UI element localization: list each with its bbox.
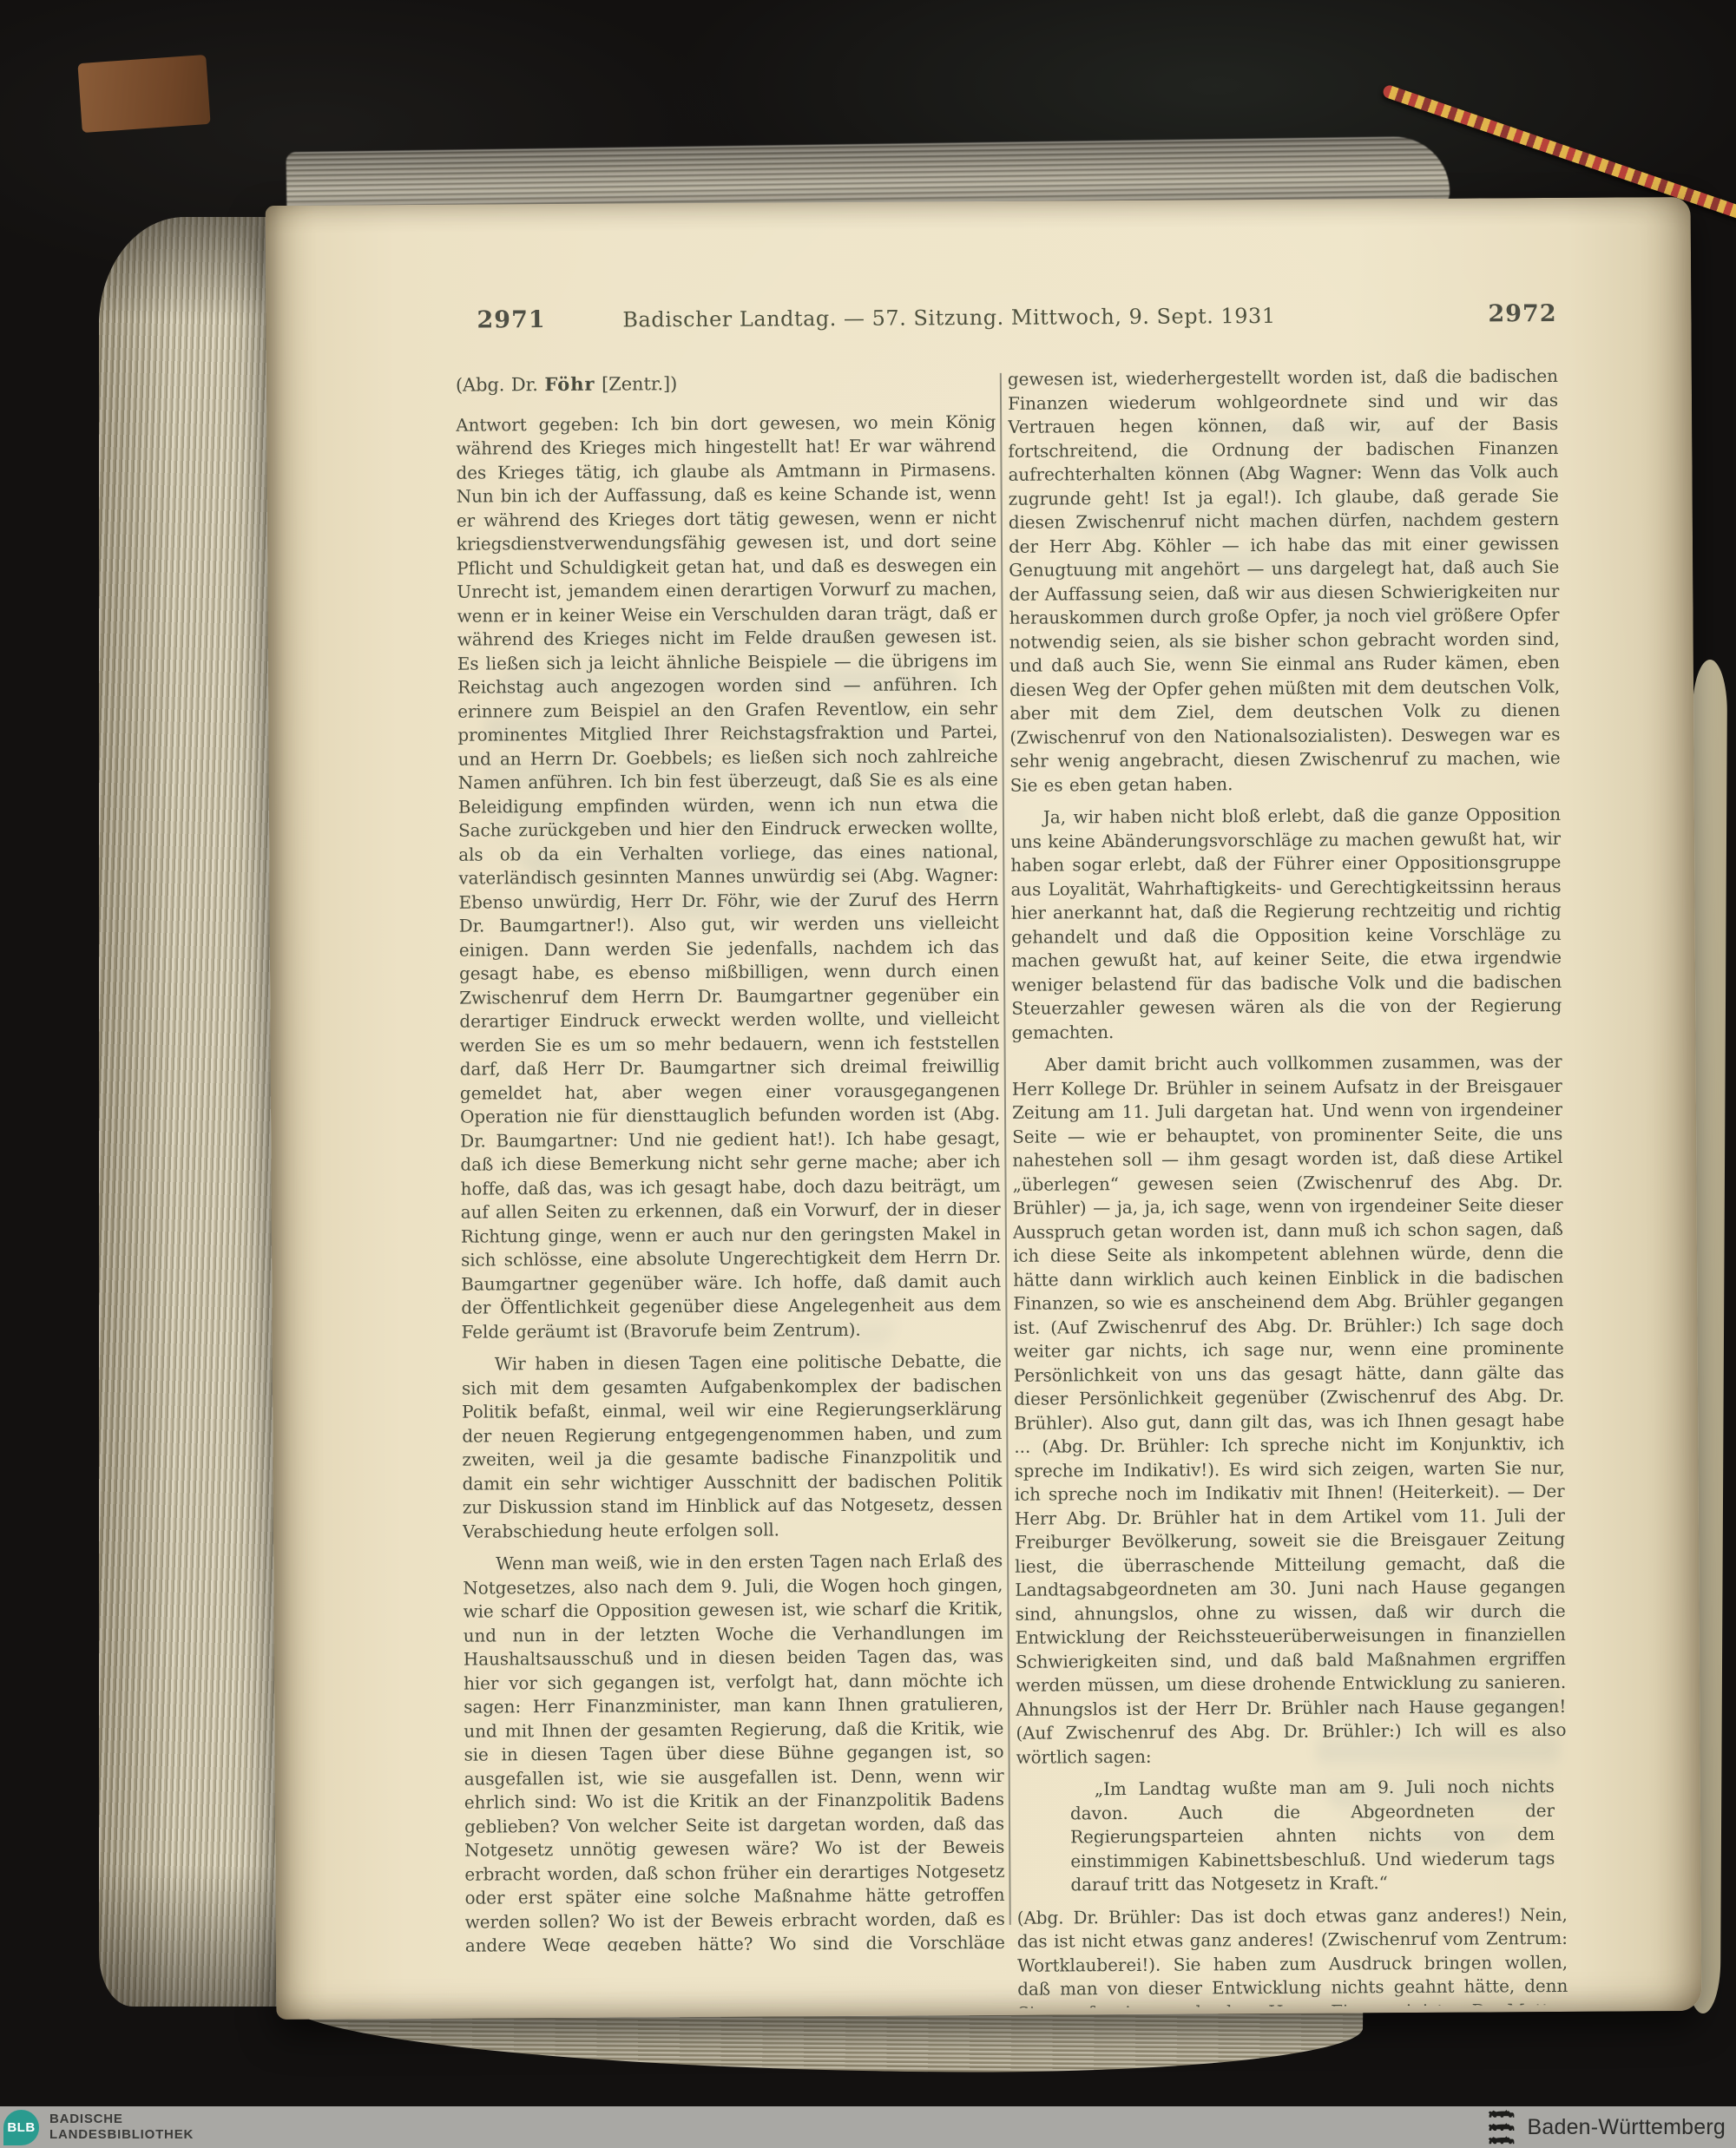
viewer-footer-bar: BLB BADISCHE LANDESBIBLIOTHEK Baden-Würt… bbox=[0, 2106, 1736, 2148]
blb-logo-text: BLB bbox=[7, 2120, 35, 2135]
speaker-name: Föhr bbox=[544, 373, 595, 395]
library-brand: BLB BADISCHE LANDESBIBLIOTHEK bbox=[3, 2110, 194, 2145]
speaker-suffix: [Zentr.]) bbox=[595, 373, 677, 395]
bw-coat-of-arms-icon bbox=[1488, 2108, 1516, 2146]
book-board-edge bbox=[77, 55, 210, 133]
paragraph: Aber damit bricht auch vollkommen zusamm… bbox=[1012, 1050, 1567, 1770]
page-edges-left bbox=[99, 217, 285, 2007]
paragraph: Wenn man weiß, wie in den ersten Tagen n… bbox=[463, 1549, 1005, 1953]
page-number-right: 2972 bbox=[1488, 300, 1556, 327]
speaker-note: (Abg. Dr. Föhr [Zentr.]) bbox=[456, 370, 996, 397]
right-text-column: gewesen ist, wiederhergestellt worden is… bbox=[1008, 365, 1568, 2008]
paragraph: Ja, wir haben nicht bloß erlebt, daß die… bbox=[1010, 803, 1562, 1045]
library-name-line1: BADISCHE bbox=[49, 2112, 194, 2127]
block-quote: „Im Landtag wußte man am 9. Juli noch ni… bbox=[1016, 1775, 1568, 1897]
library-name: BADISCHE LANDESBIBLIOTHEK bbox=[49, 2112, 194, 2143]
state-label: Baden-Württemberg bbox=[1528, 2115, 1726, 2140]
left-text-column: (Abg. Dr. Föhr [Zentr.]) Antwort gegeben… bbox=[456, 370, 1005, 1953]
library-name-line2: LANDESBIBLIOTHEK bbox=[49, 2127, 194, 2143]
paragraph: gewesen ist, wiederhergestellt worden is… bbox=[1008, 365, 1561, 798]
speaker-prefix: (Abg. Dr. bbox=[456, 374, 545, 396]
book-page: 2971 Badischer Landtag. — 57. Sitzung. M… bbox=[266, 197, 1702, 2020]
state-brand: Baden-Württemberg bbox=[1488, 2108, 1726, 2146]
running-title: Badischer Landtag. — 57. Sitzung. Mittwo… bbox=[236, 301, 1661, 334]
paragraph: Antwort gegeben: Ich bin dort gewesen, w… bbox=[456, 410, 1002, 1343]
blb-logo-icon: BLB bbox=[3, 2110, 39, 2145]
paragraph: Wir haben in diesen Tagen eine politisch… bbox=[462, 1350, 1003, 1544]
running-header: 2971 Badischer Landtag. — 57. Sitzung. M… bbox=[266, 299, 1691, 308]
digitized-book-photo: 2971 Badischer Landtag. — 57. Sitzung. M… bbox=[0, 0, 1736, 2148]
paragraph: (Abg. Dr. Brühler: Das ist doch etwas ga… bbox=[1017, 1902, 1568, 2007]
